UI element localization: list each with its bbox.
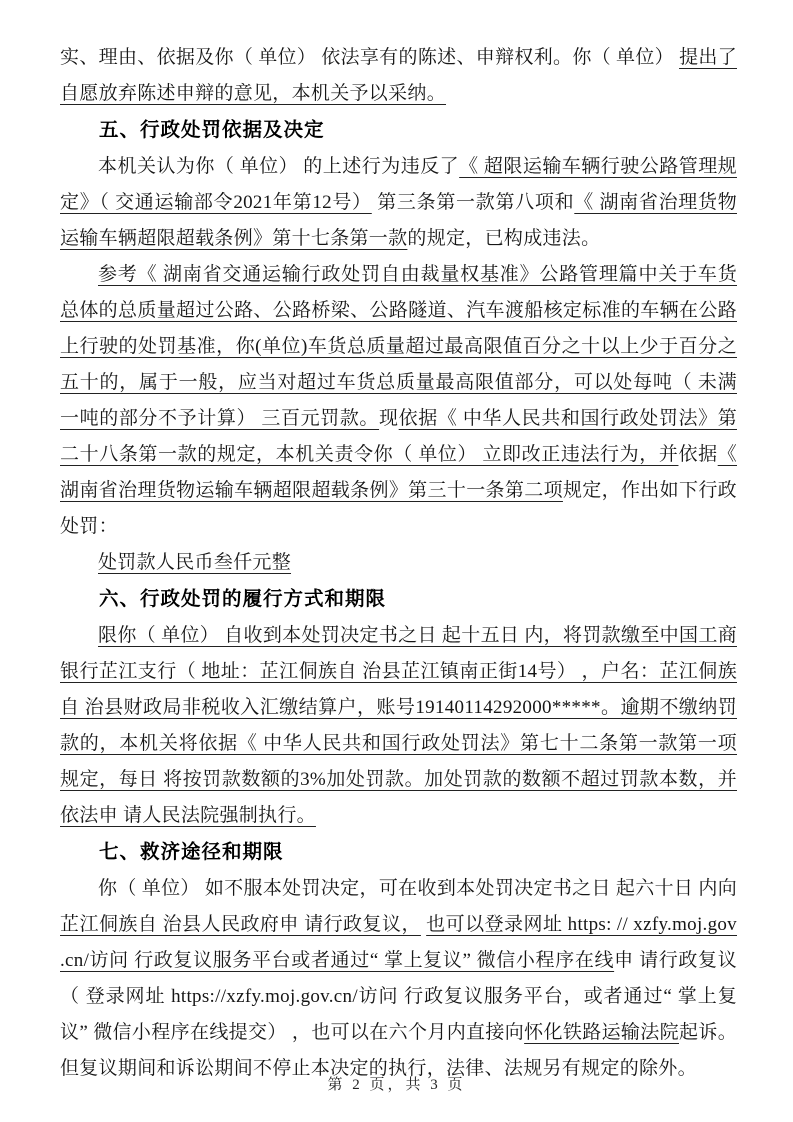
text-segment: 参考《 湖南省交通运输行政处罚自由裁量权基准》公路管理篇中关于车货总体的总质量超… — [60, 264, 737, 429]
page-footer: 第 2 页，共 3 页 — [0, 1073, 793, 1094]
paragraph-penalty-amount: 处罚款人民币叁仟元整 — [60, 545, 737, 581]
text-segment: 的规定，已构成违法。 — [407, 228, 600, 249]
text-segment: 芷江侗族自 治县人民政府申 请行政复议， — [60, 914, 421, 935]
text-segment: 你（ 单位） 如不服本处罚决定，可在收到本处罚决定书之日 起六十日 内向 — [98, 878, 737, 899]
section-heading-payment-method: 六、行政处罚的履行方式和期限 — [60, 581, 737, 618]
paragraph-remedy-channels: 你（ 单位） 如不服本处罚决定，可在收到本处罚决定书之日 起六十日 内向芷江侗族… — [60, 871, 737, 1087]
text-segment: 实、理由、依据及你（ 单位） 依法享有的陈述、申辩权利。你（ 单位） — [60, 47, 679, 68]
paragraph-payment-instructions: 限你（ 单位） 自收到本处罚决定书之日 起十五日 内，将罚款缴至中国工商银行芷江… — [60, 618, 737, 834]
text-segment: 第三条第一款第八项和 — [372, 192, 575, 213]
text-segment: 依据 — [678, 444, 717, 465]
text-segment: 怀化铁路运输法院 — [524, 1022, 679, 1043]
paragraph-violation-finding: 本机关认为你（ 单位） 的上述行为违反了《 超限运输车辆行驶公路管理规定》（ 交… — [60, 149, 737, 257]
text-segment: 现 — [379, 408, 399, 429]
document-page: 实、理由、依据及你（ 单位） 依法享有的陈述、申辩权利。你（ 单位） 提出了自愿… — [0, 0, 793, 1122]
text-segment: 本机关认为你（ 单位） 的上述行为违反了 — [98, 156, 459, 177]
section-heading-penalty-basis: 五、行政处罚依据及决定 — [60, 112, 737, 149]
paragraph-statement-acceptance: 实、理由、依据及你（ 单位） 依法享有的陈述、申辩权利。你（ 单位） 提出了自愿… — [60, 40, 737, 112]
section-heading-remedy: 七、救济途径和期限 — [60, 834, 737, 871]
paragraph-discretion-standard: 参考《 湖南省交通运输行政处罚自由裁量权基准》公路管理篇中关于车货总体的总质量超… — [60, 257, 737, 545]
text-segment: 限你（ 单位） 自收到本处罚决定书之日 起十五日 内，将罚款缴至中国工商银行芷江… — [60, 625, 737, 826]
text-segment: 处罚款人民币叁仟元整 — [98, 552, 291, 573]
